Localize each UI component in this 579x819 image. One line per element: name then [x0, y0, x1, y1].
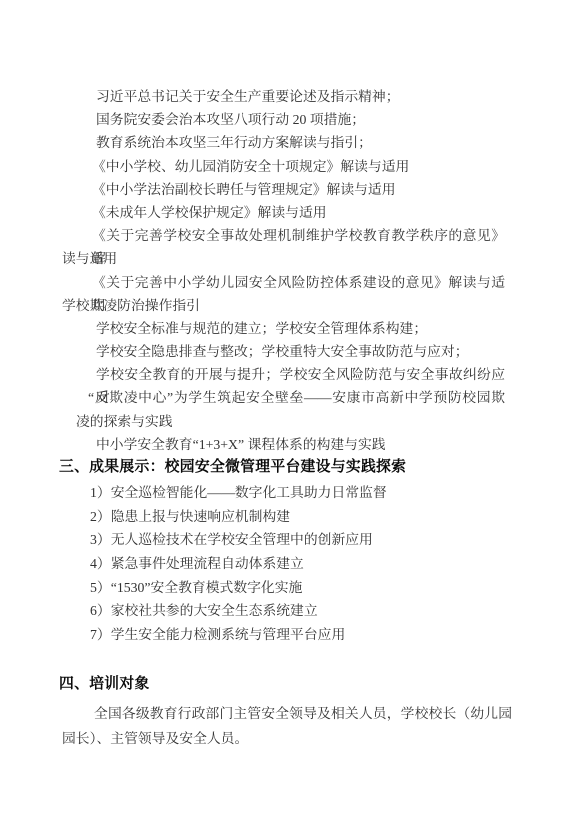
results-list: 1）安全巡检智能化——数字化工具助力日常监督 2）隐患上报与快速响应机制构建 3… — [62, 481, 505, 647]
doc-line: “反欺凌中心”为学生筑起安全壁垒——安康市高新中学预防校园欺 — [62, 386, 505, 409]
doc-line: 学校安全标准与规范的建立；学校安全管理体系构建； — [62, 317, 505, 340]
doc-line: 《关于完善中小学幼儿园安全风险防控体系建设的意见》解读与适用 — [62, 271, 505, 294]
doc-line: 学校安全隐患排查与整改；学校重特大安全事故防范与应对； — [62, 340, 505, 363]
doc-line: 国务院安委会治本攻坚八项行动 20 项措施； — [62, 108, 505, 131]
list-item: 4）紧急事件处理流程自动体系建立 — [62, 552, 505, 576]
doc-line: 中小学安全教育“1+3+X” 课程体系的构建与实践 — [62, 433, 505, 456]
doc-line: 学校安全教育的开展与提升；学校安全风险防范与安全事故纠纷应对 — [62, 363, 505, 386]
doc-line: 《未成年人学校保护规定》解读与适用 — [62, 201, 505, 224]
doc-line: 《中小学校、幼儿园消防安全十项规定》解读与适用 — [62, 155, 505, 178]
list-item: 7）学生安全能力检测系统与管理平台应用 — [62, 623, 505, 647]
list-item: 3）无人巡检技术在学校安全管理中的创新应用 — [62, 528, 505, 552]
doc-line: 园长）、主管领导及安全人员。 — [62, 726, 512, 751]
doc-line: 《关于完善学校安全事故处理机制维护学校教育教学秩序的意见》解 — [62, 224, 505, 247]
doc-line: 凌的探索与实践 — [62, 410, 505, 433]
doc-line: 读与适用 — [62, 247, 505, 270]
list-item: 2）隐患上报与快速响应机制构建 — [62, 505, 505, 529]
doc-line: 《中小学法治副校长聘任与管理规定》解读与适用 — [62, 178, 505, 201]
doc-line: 教育系统治本攻坚三年行动方案解读与指引； — [62, 131, 505, 154]
list-item: 5）“1530”安全教育模式数字化实施 — [62, 576, 505, 600]
document-page: 习近平总书记关于安全生产重要论述及指示精神； 国务院安委会治本攻坚八项行动 20… — [0, 0, 579, 819]
trainees-paragraph: 全国各级教育行政部门主管安全领导及相关人员，学校校长（幼儿园 园长）、主管领导及… — [62, 701, 512, 751]
section-heading-trainees: 四、培训对象 — [59, 672, 519, 693]
doc-line: 全国各级教育行政部门主管安全领导及相关人员，学校校长（幼儿园 — [62, 701, 512, 726]
list-item: 6）家校社共参的大安全生态系统建立 — [62, 599, 505, 623]
section-heading-results: 三、成果展示：校园安全微管理平台建设与实践探索 — [59, 455, 519, 476]
doc-line: 学校欺凌防治操作指引 — [62, 294, 505, 317]
training-content-list: 习近平总书记关于安全生产重要论述及指示精神； 国务院安委会治本攻坚八项行动 20… — [62, 85, 505, 456]
list-item: 1）安全巡检智能化——数字化工具助力日常监督 — [62, 481, 505, 505]
doc-line: 习近平总书记关于安全生产重要论述及指示精神； — [62, 85, 505, 108]
